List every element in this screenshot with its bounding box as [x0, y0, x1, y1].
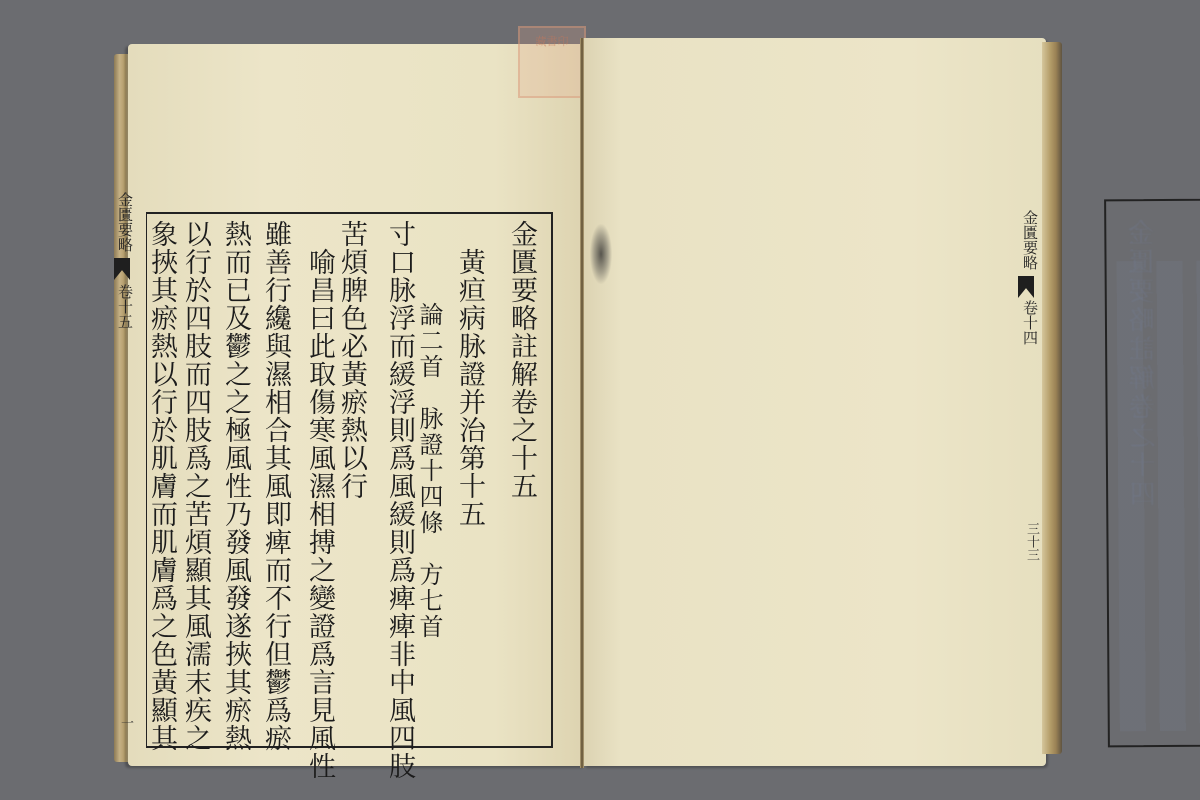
ink-blot: [590, 224, 612, 284]
left-text-frame: 金匱要略註解卷之十五 黃疸病脉證并治第十五 論二首 脉證十四條 方七首 寸口脉浮…: [146, 212, 553, 748]
right-page: 金匱要略註解卷之十四 鈔 陽 以 能 金匱要略 卷十四 三十三: [584, 38, 1046, 766]
open-book: 藏書印 金匱要略 卷十五 一 金匱要略註解卷之十五 黃疸病脉證并治第十五 論二首…: [112, 38, 1068, 774]
right-fishtail-title: 金匱要略: [1020, 210, 1041, 270]
text-column-6: 以行於四肢而四肢爲之苦煩顯其風濡末疾之: [177, 220, 213, 752]
text-column-3: 喻昌曰此取傷寒風濕相搏之變證爲言見風性: [301, 248, 337, 780]
chapter-title-column: 黃疸病脉證并治第十五: [451, 248, 487, 528]
right-text-frame: 金匱要略註解卷之十四 鈔 陽 以 能: [1104, 197, 1200, 748]
left-fishtail-volume: 卷十五: [115, 284, 136, 329]
left-page: 藏書印 金匱要略 卷十五 一 金匱要略註解卷之十五 黃疸病脉證并治第十五 論二首…: [128, 44, 586, 766]
book-title-column: 金匱要略註解卷之十五: [503, 220, 539, 500]
right-folio-number: 三十三: [1022, 522, 1041, 561]
text-column-7: 象挾其瘀熱以行於肌膚而肌膚爲之色黃顯其: [143, 220, 179, 752]
collector-seal-stamp: 藏書印: [518, 26, 586, 98]
right-fishtail-mark: [1018, 276, 1034, 298]
left-folio-number: 一: [116, 716, 135, 729]
text-column-5: 熱而已及鬱之之極風性乃發風發遂挾其瘀熱: [217, 220, 253, 752]
text-column-1: 寸口脉浮而緩浮則爲風緩則爲痺痺非中風四肢: [381, 220, 417, 780]
text-column-4: 雖善行纔與濕相合其風即痺而不行但鬱爲瘀: [257, 220, 293, 752]
right-fore-edge: [1042, 42, 1062, 754]
left-fishtail-title: 金匱要略: [115, 192, 136, 252]
text-column-2: 苦煩脾色必黃瘀熱以行: [333, 220, 369, 500]
bleed-through-band-4: [1117, 260, 1200, 731]
right-fishtail-volume: 卷十四: [1020, 300, 1041, 345]
